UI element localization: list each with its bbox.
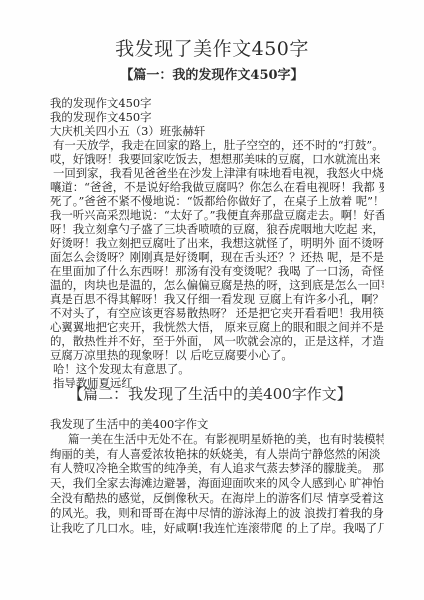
text-line: 让我吃了几口水。哇，好咸啊!我连忙连滚带爬 的上了岸。我喝了几口 (50, 521, 384, 536)
text-line: 全没有酷热的感觉，反倒像秋天。在海岸上的游客们尽 情享受着这怡人 (50, 491, 384, 506)
text-line: 有一天放学，我走在回家的路上，肚子空空的，还不时的“打鼓”。 (50, 138, 384, 152)
text-line: 豆腐万凉里热的现象呀！以 后吃豆腐要小心了。 (50, 348, 384, 362)
text-line: 有人赞叹冷艳全欺雪的纯净美，有人追求气蒸去梦泽的朦胧美。 那年夏 (50, 461, 384, 476)
section-2-body: 我发现了生活中的美400字作文 篇一美在生活中无处不在。有影视明星娇艳的美，也有… (50, 417, 384, 535)
text-line: 的，散热性并不好，至于外面， 风一吹就会凉的，正是这样，才造成了 (50, 334, 384, 348)
text-line: 真是百思不得其解呀！我又仔细一看发现 豆腐上有许多小孔，啊？那更 (50, 292, 384, 306)
text-line: 的风光。我，则和哥哥在海中尽情的游泳海上的波 浪拨打着我的身体， (50, 506, 384, 521)
text-line: 我一听兴高采烈地说：“太好了。”我便直奔那盘豆腐走去。啊！好香 (50, 208, 384, 222)
text-line: 一回到家，我看见爸爸坐在沙发上津津有味地看电视，我怒火中烧 大 (50, 166, 384, 180)
text-line: 大庆机关四小五（3）班张赫轩 (50, 124, 384, 138)
section-2-heading: 【篇二：我发现了生活中的美400字作文】 (0, 385, 422, 403)
text-line: 我的发现作文450字 (50, 110, 384, 124)
text-line: 哎，好饿呀！我要回家吃饭去，想想那美味的豆腐，口水就流出来 了。 (50, 152, 384, 166)
text-line: 哈！这个发现太有意思了。 (50, 362, 384, 376)
text-line: 温的，肉块也是温的，怎么偏偏豆腐是热的呀，这到底是怎么一回事呀？ (50, 278, 384, 292)
text-line: 面怎么会烫呀？刚刚真是好烫啊，现在舌头还？？还热 呢，是不是老爸 (50, 250, 384, 264)
text-line: 在里面加了什么东西呀！那汤有没有变烫呢？我喝 了一口汤，奇怪汤是 (50, 264, 384, 278)
text-line: 心翼翼地把它夹开，我恍然大悟， 原来豆腐上的眼和眼之间并不是通着 (50, 320, 384, 334)
document-page: 我发现了美作文450字 【篇一：我的发现作文450字】 我的发现作文450字 我… (0, 0, 424, 600)
text-line: 绚丽的美，有人喜爱浓妆艳抹的妖娆美，有人崇尚宁静悠然的闲淡 美， (50, 447, 384, 462)
text-line: 死了。”爸爸不紧不慢地说：“饭都给你做好了，在桌子上放着 呢”！ (50, 194, 384, 208)
section-1-heading: 【篇一：我的发现作文450字】 (0, 68, 424, 84)
text-line: 呀！我立刻拿勺子盛了三块香喷喷的豆腐，狼吞虎咽地大吃起 来，啊！ (50, 222, 384, 236)
text-line: 嚷道：“爸爸，不是说好给我做豆腐吗？你怎么在看电视呀！我都 要饿 (50, 180, 384, 194)
text-line: 不对头了，有空应该更容易散热呀？ 还是把它夹开看看吧！我用筷子小 (50, 306, 384, 320)
section-1-body: 我的发现作文450字 我的发现作文450字 大庆机关四小五（3）班张赫轩 有一天… (50, 96, 384, 390)
text-line: 篇一美在生活中无处不在。有影视明星娇艳的美，也有时装模特 (50, 432, 384, 447)
text-line: 天，我们全家去海滩边避暑，海面迎面吹来的风令人感到心 旷神怡，完 (50, 476, 384, 491)
text-line: 我的发现作文450字 (50, 96, 384, 110)
document-title: 我发现了美作文450字 (0, 38, 424, 60)
text-line: 好烫呀！我立刻把豆腐吐了出来，我想这就怪了，明明外 面不烫呀！里 (50, 236, 384, 250)
text-line: 我发现了生活中的美400字作文 (50, 417, 384, 432)
